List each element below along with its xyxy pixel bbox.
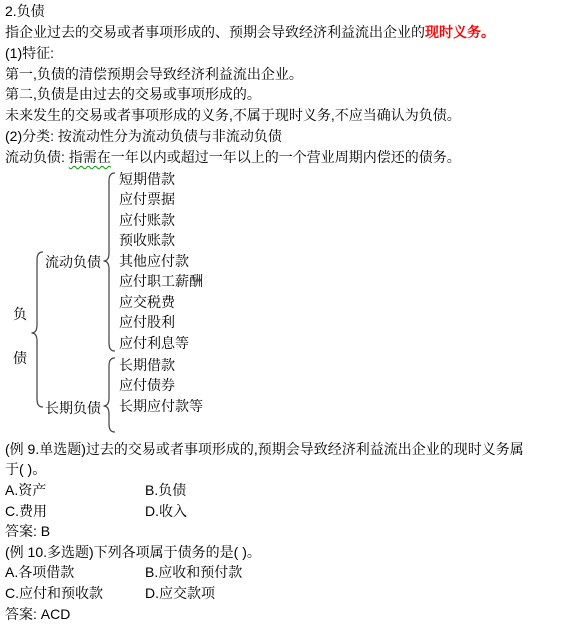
current-liabilities-brace-icon — [102, 172, 116, 352]
list-item: 应交税费 — [119, 292, 203, 313]
list-item: 预收账款 — [119, 230, 203, 251]
list-item: 应付利息等 — [119, 333, 203, 354]
root-label-char-2: 债 — [13, 348, 27, 368]
document-page: 2.负债 指企业过去的交易或者事项形成的、预期会导致经济利益流出企业的现时义务。… — [0, 0, 562, 625]
list-item: 应付债券 — [119, 375, 203, 396]
question-9-option-a: A.资产 — [5, 480, 145, 501]
list-item: 长期应付款等 — [119, 396, 203, 417]
liability-classification-diagram: 负 债 流动负债 短期借款 应付票据 应付账款 预收账款 其他应付款 应付职工薪… — [0, 168, 562, 439]
current-def-rest: 一年以内或超过一年以上的一个营业周期内偿还的债务。 — [111, 149, 461, 165]
question-10-option-a: A.各项借款 — [5, 562, 145, 583]
question-10-options-row-1: A.各项借款 B.应收和预付款 — [5, 562, 562, 583]
current-liability-definition: 流动负债: 指需在一年以内或超过一年以上的一个营业周期内偿还的债务。 — [5, 147, 562, 168]
spellcheck-flagged-text: 指需在 — [69, 149, 111, 165]
liability-definition: 指企业过去的交易或者事项形成的、预期会导致经济利益流出企业的现时义务。 — [5, 22, 562, 43]
feature-note: 未来发生的交易或者事项形成的义务,不属于现时义务,不应当确认为负债。 — [5, 105, 562, 126]
list-item: 应付账款 — [119, 210, 203, 231]
list-item: 长期借款 — [119, 355, 203, 376]
intro-section: 2.负债 指企业过去的交易或者事项形成的、预期会导致经济利益流出企业的现时义务。… — [0, 0, 562, 168]
question-9-stem-line-2: 于( )。 — [5, 459, 562, 480]
classification-heading: (2)分类: 按流动性分为流动负债与非流动负债 — [5, 126, 562, 147]
long-term-liabilities-brace-icon — [102, 357, 116, 433]
list-item: 应付票据 — [119, 189, 203, 210]
example-questions-section: (例 9.单选题)过去的交易或者事项形成的,预期会导致经济利益流出企业的现时义务… — [0, 439, 562, 624]
question-10-options-row-2: C.应付和预收款 D.应交款项 — [5, 583, 562, 604]
question-9-options-row-2: C.费用 D.收入 — [5, 501, 562, 522]
long-term-liabilities-label: 长期负债 — [45, 398, 101, 418]
question-9-option-b: B.负债 — [145, 480, 186, 501]
list-item: 应付股利 — [119, 312, 203, 333]
current-liabilities-item-list: 短期借款 应付票据 应付账款 预收账款 其他应付款 应付职工薪酬 应交税费 应付… — [119, 169, 203, 354]
list-item: 其他应付款 — [119, 251, 203, 272]
question-9-options-row-1: A.资产 B.负债 — [5, 480, 562, 501]
question-10-option-d: D.应交款项 — [145, 583, 215, 604]
long-term-liabilities-item-list: 长期借款 应付债券 长期应付款等 — [119, 355, 203, 417]
root-label-char-1: 负 — [13, 304, 27, 324]
question-9-option-c: C.费用 — [5, 501, 145, 522]
current-def-label: 流动负债: — [5, 149, 69, 165]
question-9-answer: 答案: B — [5, 521, 562, 542]
question-9-option-d: D.收入 — [145, 501, 187, 522]
list-item: 应付职工薪酬 — [119, 271, 203, 292]
question-10-stem: (例 10.多选题)下列各项属于债务的是( )。 — [5, 542, 562, 563]
root-brace-icon — [30, 251, 44, 408]
current-liabilities-label: 流动负债 — [45, 252, 101, 272]
section-title: 2.负债 — [5, 1, 562, 22]
feature-second: 第二,负债是由过去的交易或事项形成的。 — [5, 84, 562, 105]
list-item: 短期借款 — [119, 169, 203, 190]
question-9-stem-line-1: (例 9.单选题)过去的交易或者事项形成的,预期会导致经济利益流出企业的现时义务… — [5, 439, 562, 460]
question-10-option-c: C.应付和预收款 — [5, 583, 145, 604]
definition-text: 指企业过去的交易或者事项形成的、预期会导致经济利益流出企业的 — [5, 24, 425, 40]
question-10-option-b: B.应收和预付款 — [145, 562, 242, 583]
definition-highlight: 现时义务。 — [425, 24, 495, 40]
feature-first: 第一,负债的清偿预期会导致经济利益流出企业。 — [5, 64, 562, 85]
feature-heading: (1)特征: — [5, 43, 562, 64]
question-10-answer: 答案: ACD — [5, 604, 562, 625]
